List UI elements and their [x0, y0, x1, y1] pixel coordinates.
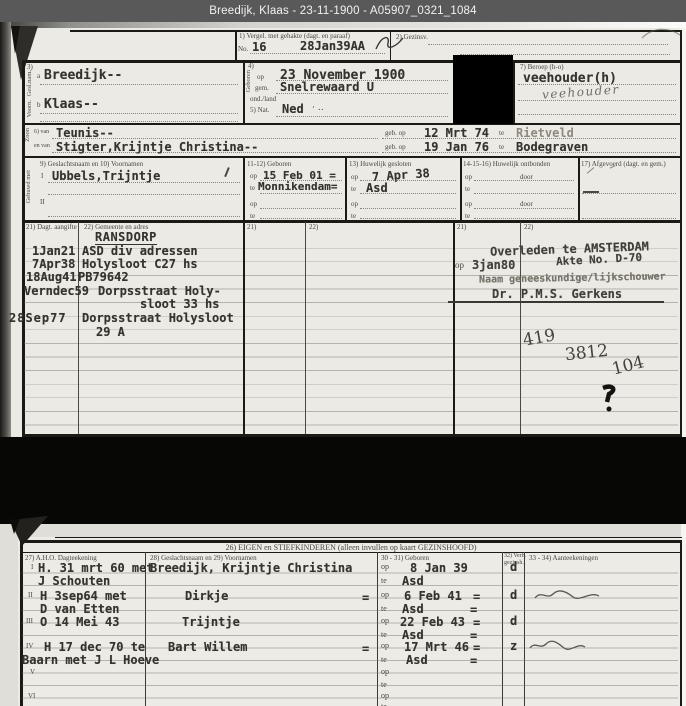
eq-mark: =: [473, 617, 480, 629]
op-label: op: [455, 261, 464, 270]
op-label: op: [381, 692, 389, 700]
child-verh: d: [510, 589, 517, 601]
dotted-line: [582, 193, 676, 194]
col-header-verh1: 32) Verh.: [504, 553, 526, 559]
line: [22, 156, 682, 158]
beroep-label: 7) Beroep (h-o): [520, 64, 564, 71]
child-verh: d: [510, 561, 517, 573]
firstnames-value: Klaas--: [44, 98, 99, 111]
dotted-line: [382, 152, 676, 153]
municipality-header: RANSDORP: [95, 231, 157, 245]
line: [345, 158, 347, 220]
surname-side-label: Gesl.nam.: [27, 70, 34, 96]
te-label: te: [499, 130, 504, 137]
spouse-born-header: 11-12) Geboren: [247, 161, 291, 168]
surname-value: Breedijk--: [44, 69, 122, 82]
register-entry-address: PB79642: [78, 271, 129, 283]
roman-i: I: [41, 173, 43, 180]
birth-num: 4): [248, 63, 254, 70]
van-label: 6) van: [34, 129, 49, 135]
register-entry-address: Holysloot C27 hs: [82, 258, 198, 270]
ink-scribble: [598, 382, 624, 414]
line: [243, 158, 245, 220]
op-label: op: [381, 563, 389, 571]
child-roman: II: [28, 592, 33, 599]
dotted-line: [382, 138, 676, 139]
dotted-line: [428, 44, 668, 45]
dotted-line: [52, 138, 378, 139]
dotted-line: [260, 208, 342, 209]
dash-mark: [583, 191, 599, 193]
sub-b: b: [37, 102, 41, 109]
line: [680, 30, 682, 437]
handwritten-number: 3812: [564, 343, 609, 364]
op-label: op: [381, 642, 389, 650]
child-name: Breedijk, Krijntje Christina: [150, 562, 352, 574]
line: [235, 30, 237, 60]
line: [460, 158, 462, 220]
birth-side-label: Geboren: [246, 70, 253, 92]
faint-pencil-mark: · ‥: [312, 104, 324, 113]
spouse-side-label: Gehuwd met: [26, 170, 33, 203]
op-label: op: [465, 201, 472, 208]
eq-mark: =: [470, 604, 477, 616]
te-label: te: [381, 656, 387, 664]
te-label: te: [465, 186, 470, 193]
spouse-name: Ubbels,Trijntje: [52, 170, 160, 182]
child-verh: z: [510, 640, 517, 652]
child-event2: D van Etten: [40, 603, 119, 615]
dotted-line: [260, 218, 342, 219]
field1-no-value: 16: [252, 41, 266, 53]
redacted-band: [0, 437, 686, 524]
eq-mark: =: [473, 591, 480, 603]
dotted-line: [52, 152, 378, 153]
child-name: Bart Willem: [168, 641, 247, 653]
te-label: te: [250, 185, 255, 192]
handwritten-note: [533, 588, 603, 602]
dotted-line: [474, 193, 574, 194]
child-event2: Baarn met J L Hoeve: [22, 654, 159, 666]
line: [578, 158, 580, 220]
register-header-21a: 21): [247, 224, 256, 231]
child-event1: H. 31 mrt 60 met: [38, 562, 154, 574]
child-birth-place: Asd: [406, 654, 428, 666]
register-entry-date: 1Jan21: [32, 245, 75, 257]
line: [70, 30, 682, 32]
line: [513, 60, 515, 123]
register-entry-address: sloot 33 hs: [140, 298, 219, 310]
child-roman: I: [31, 564, 33, 571]
dotted-line: [260, 193, 342, 194]
te-label: te: [381, 605, 387, 613]
dotted-line: [48, 216, 240, 217]
child-birth-date: 22 Feb 43: [400, 616, 465, 628]
register-entry-date: Verndec59: [24, 285, 89, 297]
dotted-line: [40, 113, 238, 114]
spouse-birth-place: Monnikendam=: [258, 181, 337, 192]
line: [55, 537, 682, 538]
register-entry-address: Dorpsstraat Holy-: [98, 285, 221, 297]
te-label: te: [499, 144, 504, 151]
line: [22, 60, 682, 63]
nat-label: 5) Nat.: [250, 107, 269, 114]
window-title: Breedijk, Klaas - 23-11-1900 - A05907_03…: [209, 5, 477, 17]
line: [453, 222, 455, 434]
geb-op-label: geb. op: [385, 144, 406, 151]
dotted-line: [360, 218, 456, 219]
register-entry-date: 7Apr38: [32, 258, 75, 270]
dotted-line: [40, 84, 238, 85]
te-label: te: [381, 577, 387, 585]
te-label: te: [381, 681, 387, 689]
dotted-line: [48, 182, 240, 183]
child-name: Trijntje: [182, 616, 240, 628]
dotted-line: [474, 180, 574, 181]
dotted-line: [48, 194, 240, 195]
redaction-box: [453, 55, 513, 124]
register-entry-date: 28Sep77: [9, 312, 67, 324]
field2-label: 2) Gezinsv.: [396, 34, 428, 41]
dotted-line: [474, 208, 574, 209]
eq-mark: =: [362, 592, 369, 604]
register-date-header: 21) Dagt. aangifte: [26, 224, 77, 231]
death-date: 3jan80: [472, 259, 515, 271]
line: [78, 222, 79, 434]
viewer-window: Breedijk, Klaas - 23-11-1900 - A05907_03…: [0, 0, 686, 706]
op-label: op: [250, 173, 257, 180]
nationality-value: Ned: [282, 103, 304, 115]
dotted-line: [250, 53, 385, 54]
line: [20, 552, 682, 553]
dotted-line: [276, 93, 448, 94]
te-label: te: [381, 631, 387, 639]
roman-ii: II: [40, 199, 45, 206]
geb-op-label: geb. op: [385, 130, 406, 137]
child-birth-date: 6 Feb 41: [404, 590, 462, 602]
death-doctor: Dr. P.M.S. Gerkens: [492, 288, 622, 300]
field1-stamp: 28Jan39AA: [300, 40, 365, 52]
register-entry-address: ASD div adressen: [82, 245, 198, 257]
op-label: op: [381, 668, 389, 676]
handwritten-note: [528, 639, 588, 653]
firstname-side-label: Voorn.: [27, 100, 34, 117]
ruled-area: [22, 561, 678, 706]
te-label: te: [351, 213, 356, 220]
child-verh: d: [510, 615, 517, 627]
dotted-line: [276, 116, 448, 117]
dotted-line: [40, 121, 238, 122]
child-birth-date: 8 Jan 39: [410, 562, 468, 574]
dotted-line: [360, 208, 456, 209]
parents-side-label: Zoon: [25, 128, 32, 142]
dotted-line: [360, 193, 456, 194]
child-roman: V: [30, 669, 35, 676]
te-label: te: [250, 213, 255, 220]
window-titlebar[interactable]: Breedijk, Klaas - 23-11-1900 - A05907_03…: [0, 0, 686, 22]
dotted-line: [518, 114, 676, 115]
line: [305, 222, 306, 434]
child-roman: III: [26, 618, 33, 625]
register-header-21b: 21): [457, 224, 466, 231]
child-event2: J Schouten: [38, 575, 110, 587]
register-header-22b: 22): [524, 224, 533, 231]
child-roman: IV: [26, 643, 33, 650]
register-entry-address: Dorpsstraat Holysloot: [82, 312, 234, 324]
ondland-label: ond./land: [250, 96, 276, 103]
child-event1: H 3sep64 met: [40, 590, 127, 602]
line: [680, 540, 682, 706]
line: [22, 123, 682, 125]
no-label: No.: [238, 46, 248, 53]
eq-mark: =: [470, 655, 477, 667]
register-entry-date: 18Aug41: [26, 271, 77, 283]
child-roman: VI: [28, 693, 35, 700]
eq-mark: =: [362, 643, 369, 655]
child-event1: O 14 Mei 43: [40, 616, 119, 628]
children-section-header: 26) EIGEN en STIEFKINDEREN (alleen invul…: [20, 544, 682, 552]
door-label: door: [520, 201, 533, 208]
register-entry-address: 29 A: [96, 326, 125, 338]
stamp-underline: [448, 301, 664, 303]
birth-place-value: Snelrewaard U: [280, 81, 374, 93]
op-label: op: [465, 174, 472, 181]
dotted-line: [582, 218, 676, 219]
op-label: op: [351, 174, 358, 181]
child-name: Dirkje: [185, 590, 228, 602]
op-label: op: [250, 201, 257, 208]
dotted-line: [474, 218, 574, 219]
dotted-line: [518, 100, 676, 101]
spouse-header: 9) Geslachtsnaam en 10) Voornamen: [40, 161, 143, 168]
te-label: te: [465, 213, 470, 220]
line: [243, 222, 245, 434]
child-event1: H 17 dec 70 te: [44, 641, 145, 653]
op-label: op: [381, 591, 389, 599]
pen-doodle: [640, 24, 682, 42]
child-birth-date: 17 Mrt 46: [404, 641, 469, 653]
page-curl-bottom: [2, 512, 54, 548]
divorce-header: 14-15-16) Huwelijk ontbonden: [463, 161, 550, 168]
child-birth-place: Asd: [402, 575, 424, 587]
op-label: op: [351, 201, 358, 208]
child-birth-place: Asd: [402, 603, 424, 615]
eq-mark: =: [473, 642, 480, 654]
sub-a: a: [37, 73, 40, 80]
register-header-22a: 22): [309, 224, 318, 231]
op-label: op: [257, 74, 264, 81]
en-van-label: en van: [34, 143, 50, 149]
te-label: te: [351, 186, 356, 193]
gem-label: gem.: [255, 85, 269, 92]
op-label: op: [381, 617, 389, 625]
